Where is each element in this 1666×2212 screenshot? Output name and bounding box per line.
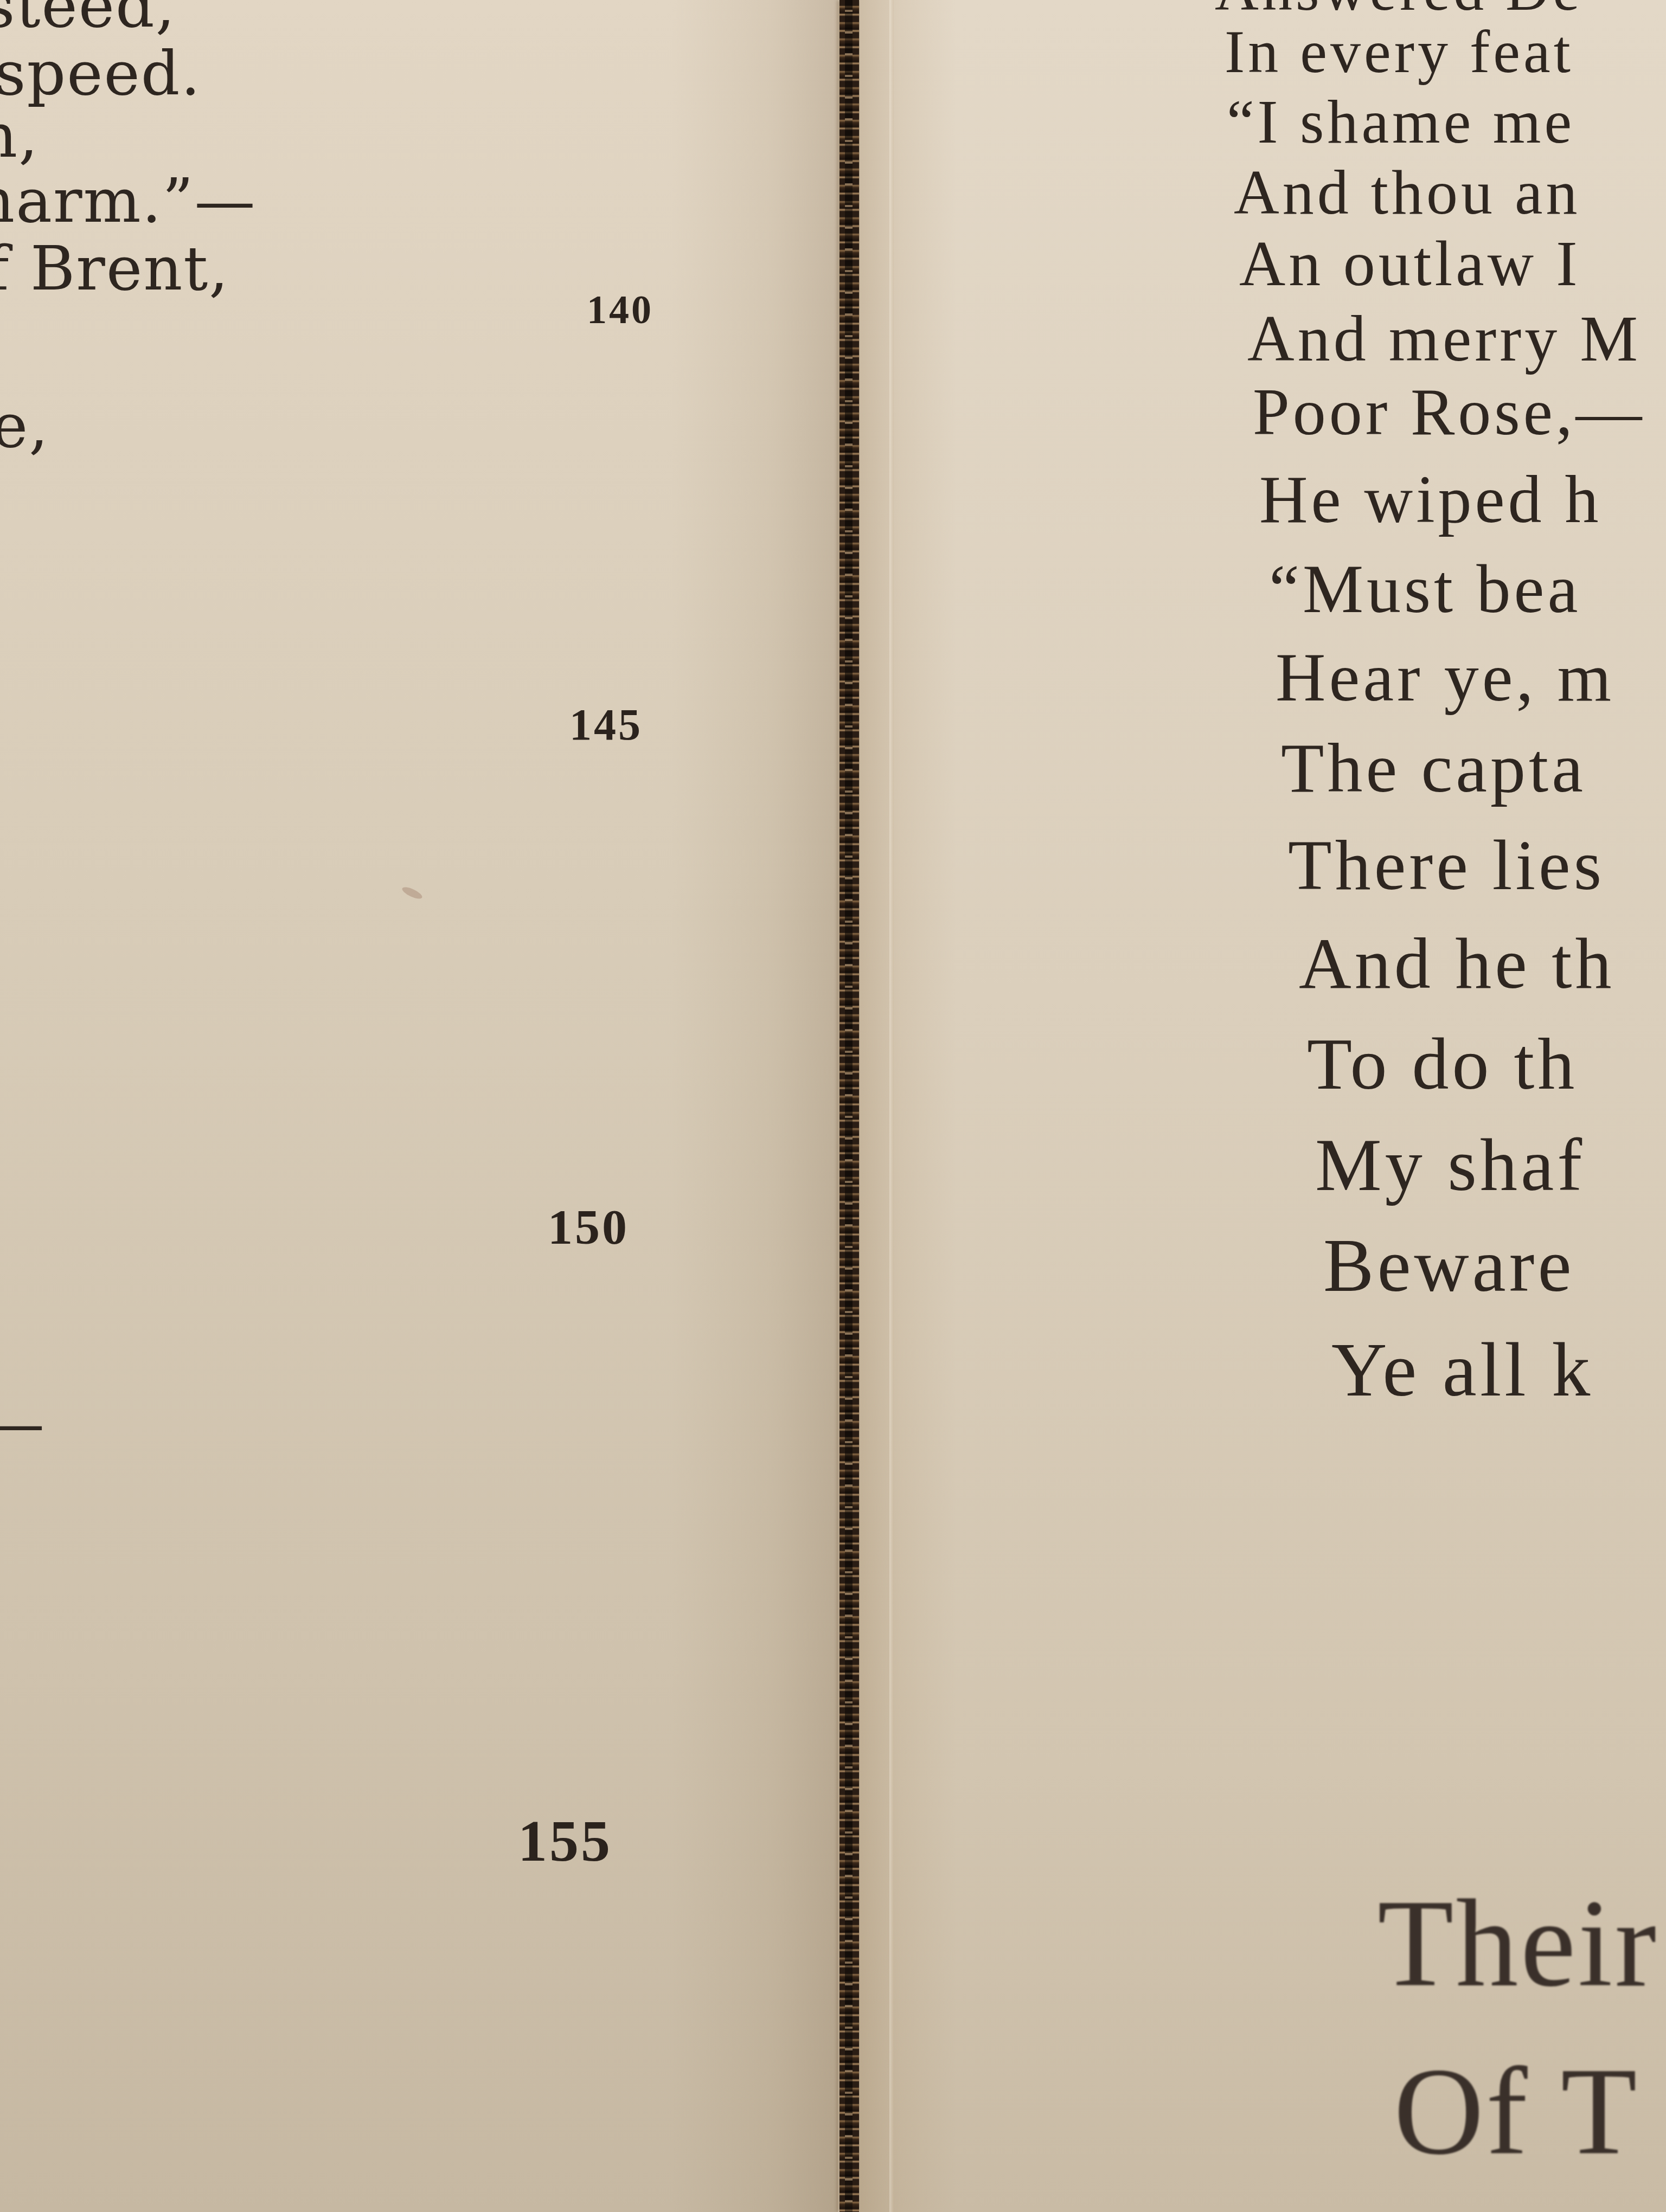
section-heading-line: Their [1377,1881,1658,2006]
verse-line: e, [0,396,49,456]
verse-line: Poor Rose,— [1253,380,1645,446]
line-number: 140 [587,287,653,333]
verse-line: “I shame me [1227,91,1575,153]
verse-line: steed, [0,0,176,36]
verse-line: Beware [1323,1228,1575,1304]
page-crease [889,0,894,2212]
verse-line: And merry M [1247,306,1641,371]
verse-line: n, [0,106,39,166]
verse-line: And thou an [1234,162,1581,224]
section-heading-line: Of T [1394,2049,1639,2174]
book-spine-gutter [840,0,859,2212]
verse-line: “Must bea [1269,556,1581,624]
left-page: steed, speed. n, harm.”— f Brent, e, — 1… [0,0,838,2212]
verse-line: There lies [1288,829,1605,901]
verse-line: speed. [0,43,201,104]
verse-line: And he th [1299,927,1614,1000]
verse-line: Hear ye, m [1276,642,1614,712]
verse-line: The capta [1281,733,1586,803]
verse-line: harm.”— [0,171,257,232]
verse-line: My shaf [1315,1128,1585,1203]
verse-line: To do th [1307,1027,1578,1101]
line-number: 145 [569,699,643,750]
verse-line: — [0,1393,46,1454]
verse-line: He wiped h [1259,466,1602,533]
line-number: 155 [518,1808,612,1875]
verse-line: f Brent, [0,239,229,299]
verse-line: Ye all k [1331,1331,1593,1408]
verse-line: In every feat [1225,22,1574,82]
verse-line: An outlaw I [1239,232,1581,296]
open-book-photo: steed, speed. n, harm.”— f Brent, e, — 1… [0,0,1666,2212]
line-number: 150 [548,1198,629,1256]
verse-line: Answered De [1215,0,1583,20]
paper-blemish [401,885,424,901]
